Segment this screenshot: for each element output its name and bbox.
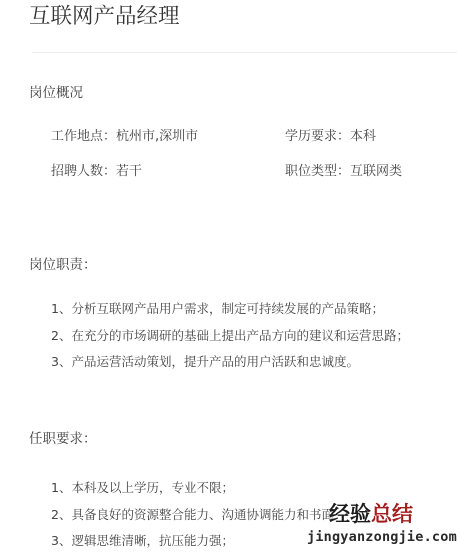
list-item: 3、产品运营活动策划，提升产品的用户活跃和忠诚度。: [51, 349, 409, 376]
info-label: 职位类型：: [285, 164, 350, 179]
watermark-url: jingyanzongjie.com: [307, 529, 457, 545]
job-posting-document: 互联网产品经理 岗位概况 工作地点：杭州市,深圳市 学历要求：本科 招聘人数：若…: [0, 0, 457, 554]
info-value: 若干: [116, 164, 142, 179]
info-value: 互联网类: [350, 164, 402, 179]
list-item: 3、逻辑思维清晰，抗压能力强；: [51, 528, 334, 554]
overview-heading: 岗位概况: [29, 84, 83, 102]
info-education: 学历要求：本科: [285, 128, 376, 146]
watermark-text-dark: 经验: [329, 502, 371, 526]
watermark-logo-text: 经验总结: [329, 502, 413, 526]
info-label: 招聘人数：: [51, 164, 116, 179]
list-item: 2、在充分的市场调研的基础上提出产品方向的建议和运营思路；: [51, 323, 409, 350]
info-label: 工作地点：: [51, 129, 116, 144]
title-divider: [32, 52, 457, 53]
list-item: 1、分析互联网产品用户需求，制定可持续发展的产品策略；: [51, 296, 409, 323]
requirements-list: 1、本科及以上学历，专业不限； 2、具备良好的资源整合能力、沟通协调能力和书面 …: [51, 475, 334, 554]
responsibilities-heading: 岗位职责：: [29, 256, 97, 274]
responsibilities-list: 1、分析互联网产品用户需求，制定可持续发展的产品策略； 2、在充分的市场调研的基…: [51, 296, 409, 376]
requirements-heading: 任职要求：: [29, 430, 97, 448]
page-title: 互联网产品经理: [29, 3, 180, 31]
info-work-location: 工作地点：杭州市,深圳市: [51, 128, 198, 146]
watermark-text-red: 总结: [371, 502, 413, 526]
info-job-type: 职位类型：互联网类: [285, 163, 402, 181]
info-headcount: 招聘人数：若干: [51, 163, 142, 181]
info-value: 杭州市,深圳市: [116, 129, 198, 144]
list-item: 2、具备良好的资源整合能力、沟通协调能力和书面: [51, 502, 334, 529]
list-item: 1、本科及以上学历，专业不限；: [51, 475, 334, 502]
info-value: 本科: [350, 129, 376, 144]
info-label: 学历要求：: [285, 129, 350, 144]
site-watermark: 经验总结 jingyanzongjie.com: [305, 500, 455, 550]
